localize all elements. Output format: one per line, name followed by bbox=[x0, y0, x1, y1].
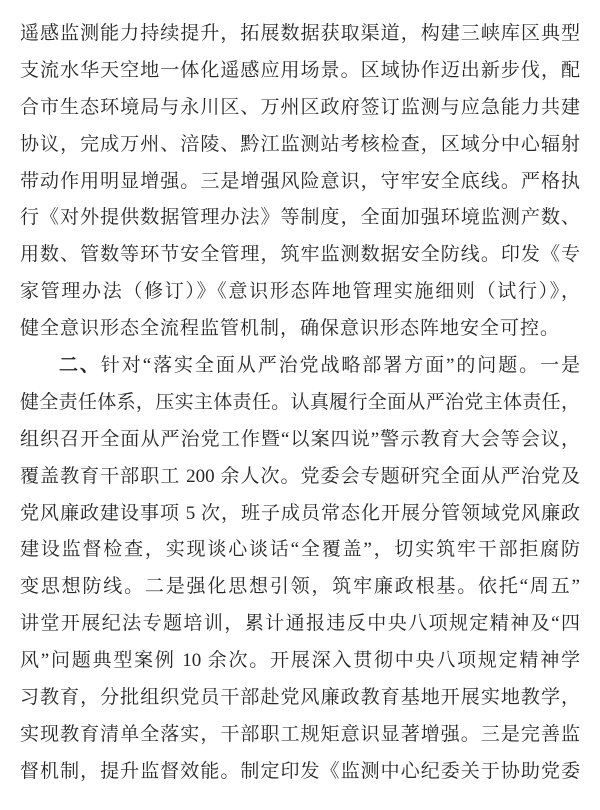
paragraph-section-two: 二、针对“落实全面从严治党战略部署方面”的问题。一是 健全责任体系，压实主体责任… bbox=[20, 348, 580, 791]
text-line: 党风廉政建设事项 5 次，班子成员常态化开展分管领域党风廉政 bbox=[20, 496, 580, 533]
text-line: 家管理办法（修订）》《意识形态阵地管理实施细则（试行）》， bbox=[20, 274, 580, 311]
text-segment: 针对“落实全面从严治党战略部署方面”的问题。一是 bbox=[101, 355, 580, 376]
text-line: 实现教育清单全落实，干部职工规矩意识显著增强。三是完善监 bbox=[20, 717, 580, 754]
document-page: 遥感监测能力持续提升，拓展数据获取渠道，构建三峡库区典型 支流水华天空地一体化遥… bbox=[0, 0, 600, 810]
text-line: 支流水华天空地一体化遥感应用场景。区域协作迈出新步伐，配 bbox=[20, 53, 580, 90]
text-line: 二、针对“落实全面从严治党战略部署方面”的问题。一是 bbox=[20, 348, 580, 385]
text-line: 变思想防线。二是强化思想引领，筑牢廉政根基。依托“周五” bbox=[20, 569, 580, 606]
text-line: 督机制，提升监督效能。制定印发《监测中心纪委关于协助党委 bbox=[20, 754, 580, 791]
text-line: 协议，完成万州、涪陵、黔江监测站考核检查，区域分中心辐射 bbox=[20, 127, 580, 164]
text-line: 讲堂开展纪法专题培训，累计通报违反中央八项规定精神及“四 bbox=[20, 606, 580, 643]
text-line: 风”问题典型案例 10 余次。开展深入贯彻中央八项规定精神学 bbox=[20, 643, 580, 680]
text-line: 合市生态环境局与永川区、万州区政府签订监测与应急能力共建 bbox=[20, 90, 580, 127]
text-line: 遥感监测能力持续提升，拓展数据获取渠道，构建三峡库区典型 bbox=[20, 16, 580, 53]
paragraph-number: 二、 bbox=[59, 355, 101, 376]
text-line: 健全意识形态全流程监管机制，确保意识形态阵地安全可控。 bbox=[20, 311, 580, 348]
paragraph-continuation: 遥感监测能力持续提升，拓展数据获取渠道，构建三峡库区典型 支流水华天空地一体化遥… bbox=[20, 16, 580, 348]
text-line: 建设监督检查，实现谈心谈话“全覆盖”，切实筑牢干部拒腐防 bbox=[20, 532, 580, 569]
text-line: 带动作用明显增强。三是增强风险意识，守牢安全底线。严格执 bbox=[20, 164, 580, 201]
text-line: 组织召开全面从严治党工作暨“以案四说”警示教育大会等会议， bbox=[20, 422, 580, 459]
text-line: 覆盖教育干部职工 200 余人次。党委会专题研究全面从严治党及 bbox=[20, 459, 580, 496]
text-line: 用数、管数等环节安全管理，筑牢监测数据安全防线。印发《专 bbox=[20, 237, 580, 274]
text-line: 行《对外提供数据管理办法》等制度，全面加强环境监测产数、 bbox=[20, 200, 580, 237]
text-line: 健全责任体系，压实主体责任。认真履行全面从严治党主体责任， bbox=[20, 385, 580, 422]
text-line: 习教育，分批组织党员干部赴党风廉政教育基地开展实地教学， bbox=[20, 680, 580, 717]
